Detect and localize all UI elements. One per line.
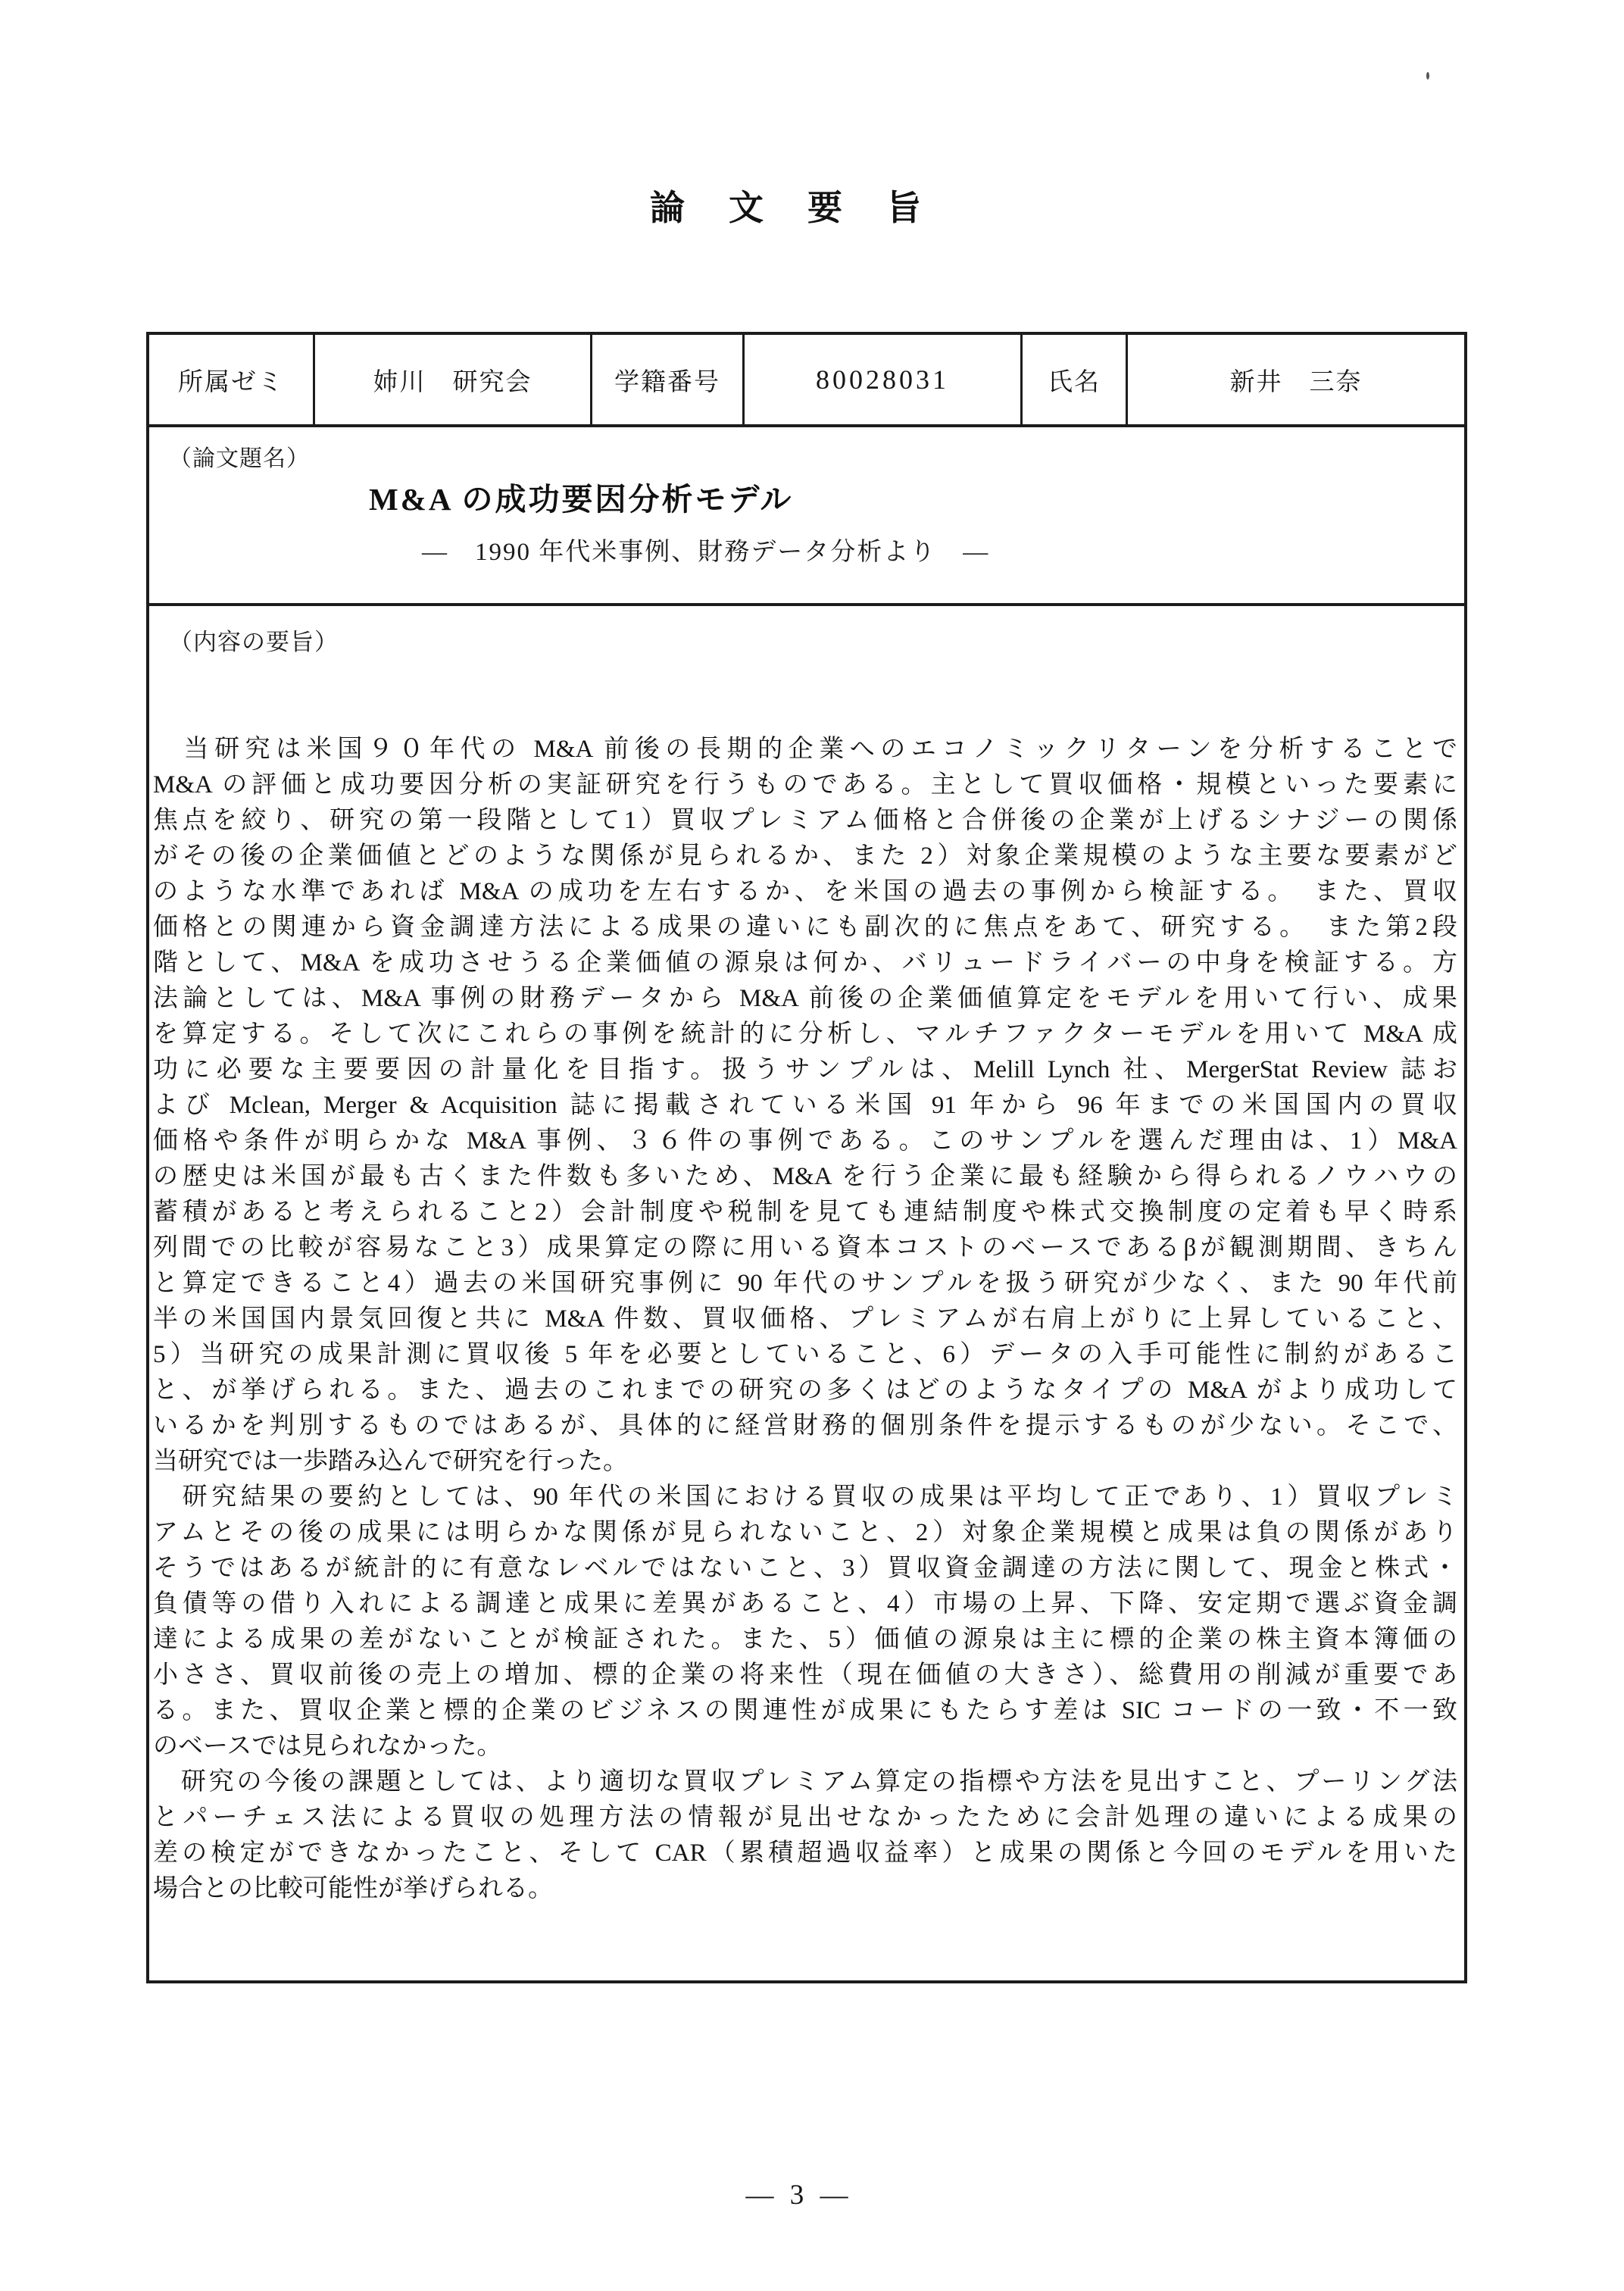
abstract-line: 当研究では一歩踏み込んで研究を行った。 xyxy=(153,1444,1457,1480)
abstract-caption: （内容の要旨） xyxy=(169,623,339,657)
abstract-line: 価格や条件が明らかな M&A 事例、３６件の事例である。このサンプルを選んだ理由… xyxy=(153,1124,1457,1159)
abstract-line: と、が挙げられる。また、過去のこれまでの研究の多くはどのようなタイプの M&A … xyxy=(153,1373,1457,1408)
seminar-label: 所属ゼミ xyxy=(149,335,315,424)
thesis-subtitle: ― 1990 年代米事例、財務データ分析より ― xyxy=(422,532,989,567)
abstract-line: いるかを判別するものではあるが、具体的に経営財務的個別条件を提示するものが少ない… xyxy=(153,1408,1457,1444)
info-table-header-row: 所属ゼミ 姉川 研究会 学籍番号 80028031 氏名 新井 三奈 xyxy=(149,335,1464,427)
abstract-line: と算定できること4）過去の米国研究事例に 90 年代のサンプルを扱う研究が少なく… xyxy=(153,1266,1457,1302)
student-id-label: 学籍番号 xyxy=(592,335,745,424)
page-title: 論 文 要 旨 xyxy=(0,180,1576,230)
abstract-line: がその後の企業価値とどのような関係が見られるか、また 2）対象企業規模のような主… xyxy=(153,839,1457,874)
abstract-body: 当研究は米国９０年代の M&A 前後の長期的企業へのエコノミックリターンを分析す… xyxy=(153,732,1457,1907)
abstract-line: 5）当研究の成果計測に買収後 5 年を必要としていること、6）データの入手可能性… xyxy=(153,1337,1457,1373)
name-label: 氏名 xyxy=(1023,335,1128,424)
abstract-line: 当研究は米国９０年代の M&A 前後の長期的企業へのエコノミックリターンを分析す… xyxy=(153,732,1457,767)
thesis-title: M&A の成功要因分析モデル xyxy=(369,474,793,519)
abstract-line: 蓄積があると考えられること2）会計制度や税制を見ても連結制度や株式交換制度の定着… xyxy=(153,1195,1457,1230)
abstract-line: 価格との関連から資金調達方法による成果の違いにも副次的に焦点をあて、研究する。 … xyxy=(153,910,1457,945)
abstract-line: 焦点を絞り、研究の第一段階として1）買収プレミアム価格と合併後の企業が上げるシナ… xyxy=(153,803,1457,839)
abstract-line: 法論としては、M&A 事例の財務データから M&A 前後の企業価値算定をモデルを… xyxy=(153,981,1457,1017)
abstract-line: 場合との比較可能性が挙げられる。 xyxy=(153,1871,1457,1907)
abstract-line: M&A の評価と成功要因分析の実証研究を行うものである。主として買収価格・規模と… xyxy=(153,767,1457,803)
abstract-line: 研究結果の要約としては、90 年代の米国における買収の成果は平均して正であり、1… xyxy=(153,1480,1457,1515)
thesis-title-caption: （論文題名） xyxy=(169,439,310,473)
scan-artifact xyxy=(1426,72,1429,80)
abstract-line: そうではあるが統計的に有意なレベルではないこと、3）買収資金調達の方法に関して、… xyxy=(153,1551,1457,1586)
abstract-line: のような水準であれば M&A の成功を左右するか、を米国の過去の事例から検証する… xyxy=(153,874,1457,910)
abstract-line: る。また、買収企業と標的企業のビジネスの関連性が成果にもたらす差は SIC コー… xyxy=(153,1693,1457,1729)
seminar-value: 姉川 研究会 xyxy=(315,335,592,424)
page-number: — 3 — xyxy=(0,2179,1598,2211)
document-page: 論 文 要 旨 所属ゼミ 姉川 研究会 学籍番号 80028031 氏名 新井 … xyxy=(0,0,1624,2291)
abstract-line: 研究の今後の課題としては、より適切な買収プレミアム算定の指標や方法を見出すこと、… xyxy=(153,1764,1457,1800)
abstract-line: 列間での比較が容易なこと3）成果算定の際に用いる資本コストのベースであるβが観測… xyxy=(153,1230,1457,1266)
abstract-line: 功に必要な主要要因の計量化を目指す。扱うサンプルは、Melill Lynch 社… xyxy=(153,1052,1457,1088)
abstract-line: よび Mclean, Merger & Acquisition 誌に掲載されてい… xyxy=(153,1088,1457,1124)
abstract-section: （内容の要旨） 当研究は米国９０年代の M&A 前後の長期的企業へのエコノミック… xyxy=(149,606,1464,1980)
thesis-title-section: （論文題名） M&A の成功要因分析モデル ― 1990 年代米事例、財務データ… xyxy=(149,427,1464,606)
abstract-line: 達による成果の差がないことが検証された。また、5）価値の源泉は主に標的企業の株主… xyxy=(153,1622,1457,1658)
abstract-line: とパーチェス法による買収の処理方法の情報が見出せなかったために会計処理の違いによ… xyxy=(153,1800,1457,1836)
abstract-line: 半の米国国内景気回復と共に M&A 件数、買収価格、プレミアムが右肩上がりに上昇… xyxy=(153,1302,1457,1337)
abstract-line: 階として、M&A を成功させうる企業価値の源泉は何か、バリュードライバーの中身を… xyxy=(153,945,1457,981)
student-id-value: 80028031 xyxy=(745,335,1023,424)
abstract-line: を算定する。そして次にこれらの事例を統計的に分析し、マルチファクターモデルを用い… xyxy=(153,1017,1457,1052)
abstract-line: のベースでは見られなかった。 xyxy=(153,1729,1457,1764)
abstract-line: アムとその後の成果には明らかな関係が見られないこと、2）対象企業規模と成果は負の… xyxy=(153,1515,1457,1551)
abstract-line: 小ささ、買収前後の売上の増加、標的企業の将来性（現在価値の大きさ）、総費用の削減… xyxy=(153,1658,1457,1693)
abstract-line: 負債等の借り入れによる調達と成果に差異があること、4）市場の上昇、下降、安定期で… xyxy=(153,1586,1457,1622)
info-table: 所属ゼミ 姉川 研究会 学籍番号 80028031 氏名 新井 三奈 （論文題名… xyxy=(146,332,1467,1983)
abstract-line: の歴史は米国が最も古くまた件数も多いため、M&A を行う企業に最も経験から得られ… xyxy=(153,1159,1457,1195)
name-value: 新井 三奈 xyxy=(1128,335,1464,424)
abstract-line: 差の検定ができなかったこと、そして CAR（累積超過収益率）と成果の関係と今回の… xyxy=(153,1836,1457,1871)
scan-artifact xyxy=(1175,1489,1179,1493)
